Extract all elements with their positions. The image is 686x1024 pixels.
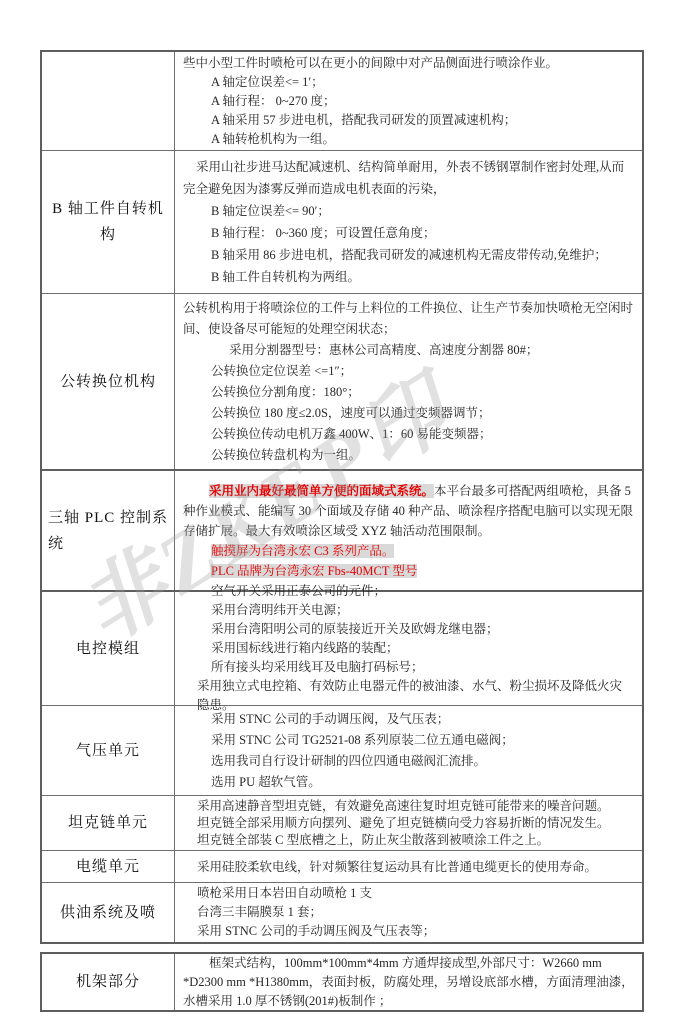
row-content: 公转机构用于将喷涂位的工件与上料位的工件换位、让生产节奏加快喷枪无空闲时间、使设… xyxy=(175,294,642,469)
spec-table-frame: 机架部分 框架式结构，100mm*100mm*4mm 方通焊接成型,外部尺寸：W… xyxy=(40,952,644,1012)
table-row: 供油系统及喷 喷枪采用日本岩田自动喷枪 1 支 台湾三丰隔膜泵 1 套； 采用 … xyxy=(42,882,642,942)
spec-line: 公转换位分割角度：180°； xyxy=(183,382,634,403)
row-content: 采用硅胶柔软电线，针对频繁往复运动具有比普通电缆更长的使用寿命。 xyxy=(175,851,642,882)
table-row: 三轴 PLC 控制系统 采用业内最好最简单方便的面域式系统。本平台最多可搭配两组… xyxy=(42,469,642,590)
table-row: 坦克链单元 采用高速静音型坦克链，有效避免高速往复时坦克链可能带来的噪音问题。 … xyxy=(42,795,642,850)
row-content: 采用高速静音型坦克链，有效避免高速往复时坦克链可能带来的噪音问题。 坦克链全部采… xyxy=(175,796,642,850)
spec-line: 采用国标线进行箱内线路的装配； xyxy=(183,639,634,658)
spec-line: 公转换位传动电机万鑫 400W、1：60 易能变频器； xyxy=(183,424,634,445)
spec-line: 喷枪采用日本岩田自动喷枪 1 支 xyxy=(183,884,634,903)
table-row: 气压单元 采用 STNC 公司的手动调压阀，及气压表； 采用 STNC 公司 T… xyxy=(42,705,642,795)
row-label: 气压单元 xyxy=(42,706,175,795)
table-row: 些中小型工件时喷枪可以在更小的间隙中对产品侧面进行喷涂作业。 A 轴定位误差<=… xyxy=(42,52,642,150)
spec-line: 所有接头均采用线耳及电脑打码标号； xyxy=(183,658,634,677)
spec-line: 些中小型工件时喷枪可以在更小的间隙中对产品侧面进行喷涂作业。 xyxy=(183,54,634,73)
spec-line: 采用硅胶柔软电线，针对频繁往复运动具有比普通电缆更长的使用寿命。 xyxy=(183,858,634,876)
row-label: 三轴 PLC 控制系统 xyxy=(42,471,175,590)
spec-line: 选用 PU 超软气管。 xyxy=(183,772,634,793)
spec-line: 台湾三丰隔膜泵 1 套； xyxy=(183,903,634,922)
spec-line: A 轴行程： 0~270 度； xyxy=(183,92,634,111)
row-label: 供油系统及喷 xyxy=(42,883,175,942)
spec-line: B 轴行程： 0~360 度；可设置任意角度； xyxy=(183,222,634,244)
spec-line: 公转换位定位误差 <=1″； xyxy=(183,361,634,382)
highlighted-red-line: PLC 品牌为台湾永宏 Fbs-40MCT 型号 xyxy=(183,561,634,581)
spec-paragraph: 采用业内最好最简单方便的面域式系统。本平台最多可搭配两组喷枪，具备 5 种作业模… xyxy=(183,481,634,541)
spec-paragraph: 公转机构用于将喷涂位的工件与上料位的工件换位、让生产节奏加快喷枪无空闲时间、使设… xyxy=(183,298,634,340)
row-content: 采用业内最好最简单方便的面域式系统。本平台最多可搭配两组喷枪，具备 5 种作业模… xyxy=(175,471,642,590)
spec-line: 空气开关采用正泰公司的元件； xyxy=(183,582,634,601)
table-row: B 轴工件自转机构 采用山社步进马达配减速机、结构简单耐用，外表不锈钢罩制作密封… xyxy=(42,150,642,293)
row-content: 些中小型工件时喷枪可以在更小的间隙中对产品侧面进行喷涂作业。 A 轴定位误差<=… xyxy=(175,52,642,150)
spec-line: B 轴定位误差<= 90′； xyxy=(183,200,634,222)
spec-line: 坦克链全部装 C 型底槽之上，防止灰尘散落到被喷涂工件之上。 xyxy=(183,832,634,849)
table-row: 公转换位机构 公转机构用于将喷涂位的工件与上料位的工件换位、让生产节奏加快喷枪无… xyxy=(42,293,642,469)
row-label: 电控模组 xyxy=(42,592,175,705)
row-label: 坦克链单元 xyxy=(42,796,175,850)
spec-line: 采用 STNC 公司的手动调压阀，及气压表； xyxy=(183,709,634,730)
spec-line: 采用 STNC 公司的手动调压阀及气压表等； xyxy=(183,922,634,941)
spec-table-main: 些中小型工件时喷枪可以在更小的间隙中对产品侧面进行喷涂作业。 A 轴定位误差<=… xyxy=(40,50,644,944)
spec-line: 采用台湾阳明公司的原装接近开关及欧姆龙继电器； xyxy=(183,620,634,639)
spec-line: A 轴转枪机构为一组。 xyxy=(183,130,634,149)
spec-line: 采用台湾明纬开关电源； xyxy=(183,601,634,620)
row-content: 采用 STNC 公司的手动调压阀，及气压表； 采用 STNC 公司 TG2521… xyxy=(175,706,642,795)
table-row: 电控模组 空气开关采用正泰公司的元件； 采用台湾明纬开关电源； 采用台湾阳明公司… xyxy=(42,590,642,705)
spec-line: 采用分割器型号：惠林公司高精度、高速度分割器 80#； xyxy=(183,340,634,361)
spec-line: 坦克链全部采用顺方向摆列、避免了坦克链横向受力容易折断的情况发生。 xyxy=(183,815,634,832)
row-content: 采用山社步进马达配减速机、结构简单耐用，外表不锈钢罩制作密封处理,从而完全避免因… xyxy=(175,151,642,293)
spec-line: B 轴采用 86 步进电机，搭配我司研发的减速机构无需皮带传动,免维护； xyxy=(183,244,634,266)
row-label: 公转换位机构 xyxy=(42,294,175,469)
row-content: 喷枪采用日本岩田自动喷枪 1 支 台湾三丰隔膜泵 1 套； 采用 STNC 公司… xyxy=(175,883,642,942)
row-content: 空气开关采用正泰公司的元件； 采用台湾明纬开关电源； 采用台湾阳明公司的原装接近… xyxy=(175,592,642,705)
row-label: 电缆单元 xyxy=(42,851,175,882)
spec-line: 公转换位转盘机构为一组。 xyxy=(183,445,634,466)
frame-label: 机架部分 xyxy=(42,954,175,1010)
spec-line: 选用我司自行设计研制的四位四通电磁阀汇流排。 xyxy=(183,751,634,772)
spec-line: B 轴工件自转机构为两组。 xyxy=(183,266,634,288)
row-label xyxy=(42,52,175,150)
spec-line: 采用高速静音型坦克链，有效避免高速往复时坦克链可能带来的噪音问题。 xyxy=(183,798,634,815)
highlighted-red-line: 触摸屏为台湾永宏 C3 系列产品。 xyxy=(183,541,634,561)
spec-paragraph: 采用山社步进马达配减速机、结构简单耐用，外表不锈钢罩制作密封处理,从而完全避免因… xyxy=(183,156,634,200)
spec-line: 公转换位 180 度≤2.0S，速度可以通过变频器调节； xyxy=(183,403,634,424)
document-page: 非ZKEP印 些中小型工件时喷枪可以在更小的间隙中对产品侧面进行喷涂作业。 A … xyxy=(0,0,686,1024)
table-row: 机架部分 框架式结构，100mm*100mm*4mm 方通焊接成型,外部尺寸：W… xyxy=(42,954,642,1010)
table-row: 电缆单元 采用硅胶柔软电线，针对频繁往复运动具有比普通电缆更长的使用寿命。 xyxy=(42,850,642,882)
spec-line: A 轴定位误差<= 1′； xyxy=(183,73,634,92)
row-content: 框架式结构，100mm*100mm*4mm 方通焊接成型,外部尺寸：W2660 … xyxy=(175,954,642,1010)
frame-text: 框架式结构，100mm*100mm*4mm 方通焊接成型,外部尺寸：W2660 … xyxy=(183,954,634,1011)
red-intro: 采用业内最好最简单方便的面域式系统。 xyxy=(209,484,434,498)
row-label: B 轴工件自转机构 xyxy=(42,151,175,293)
spec-line: A 轴采用 57 步进电机，搭配我司研发的顶置减速机构； xyxy=(183,111,634,130)
spec-line: 采用 STNC 公司 TG2521-08 系列原装二位五通电磁阀； xyxy=(183,730,634,751)
